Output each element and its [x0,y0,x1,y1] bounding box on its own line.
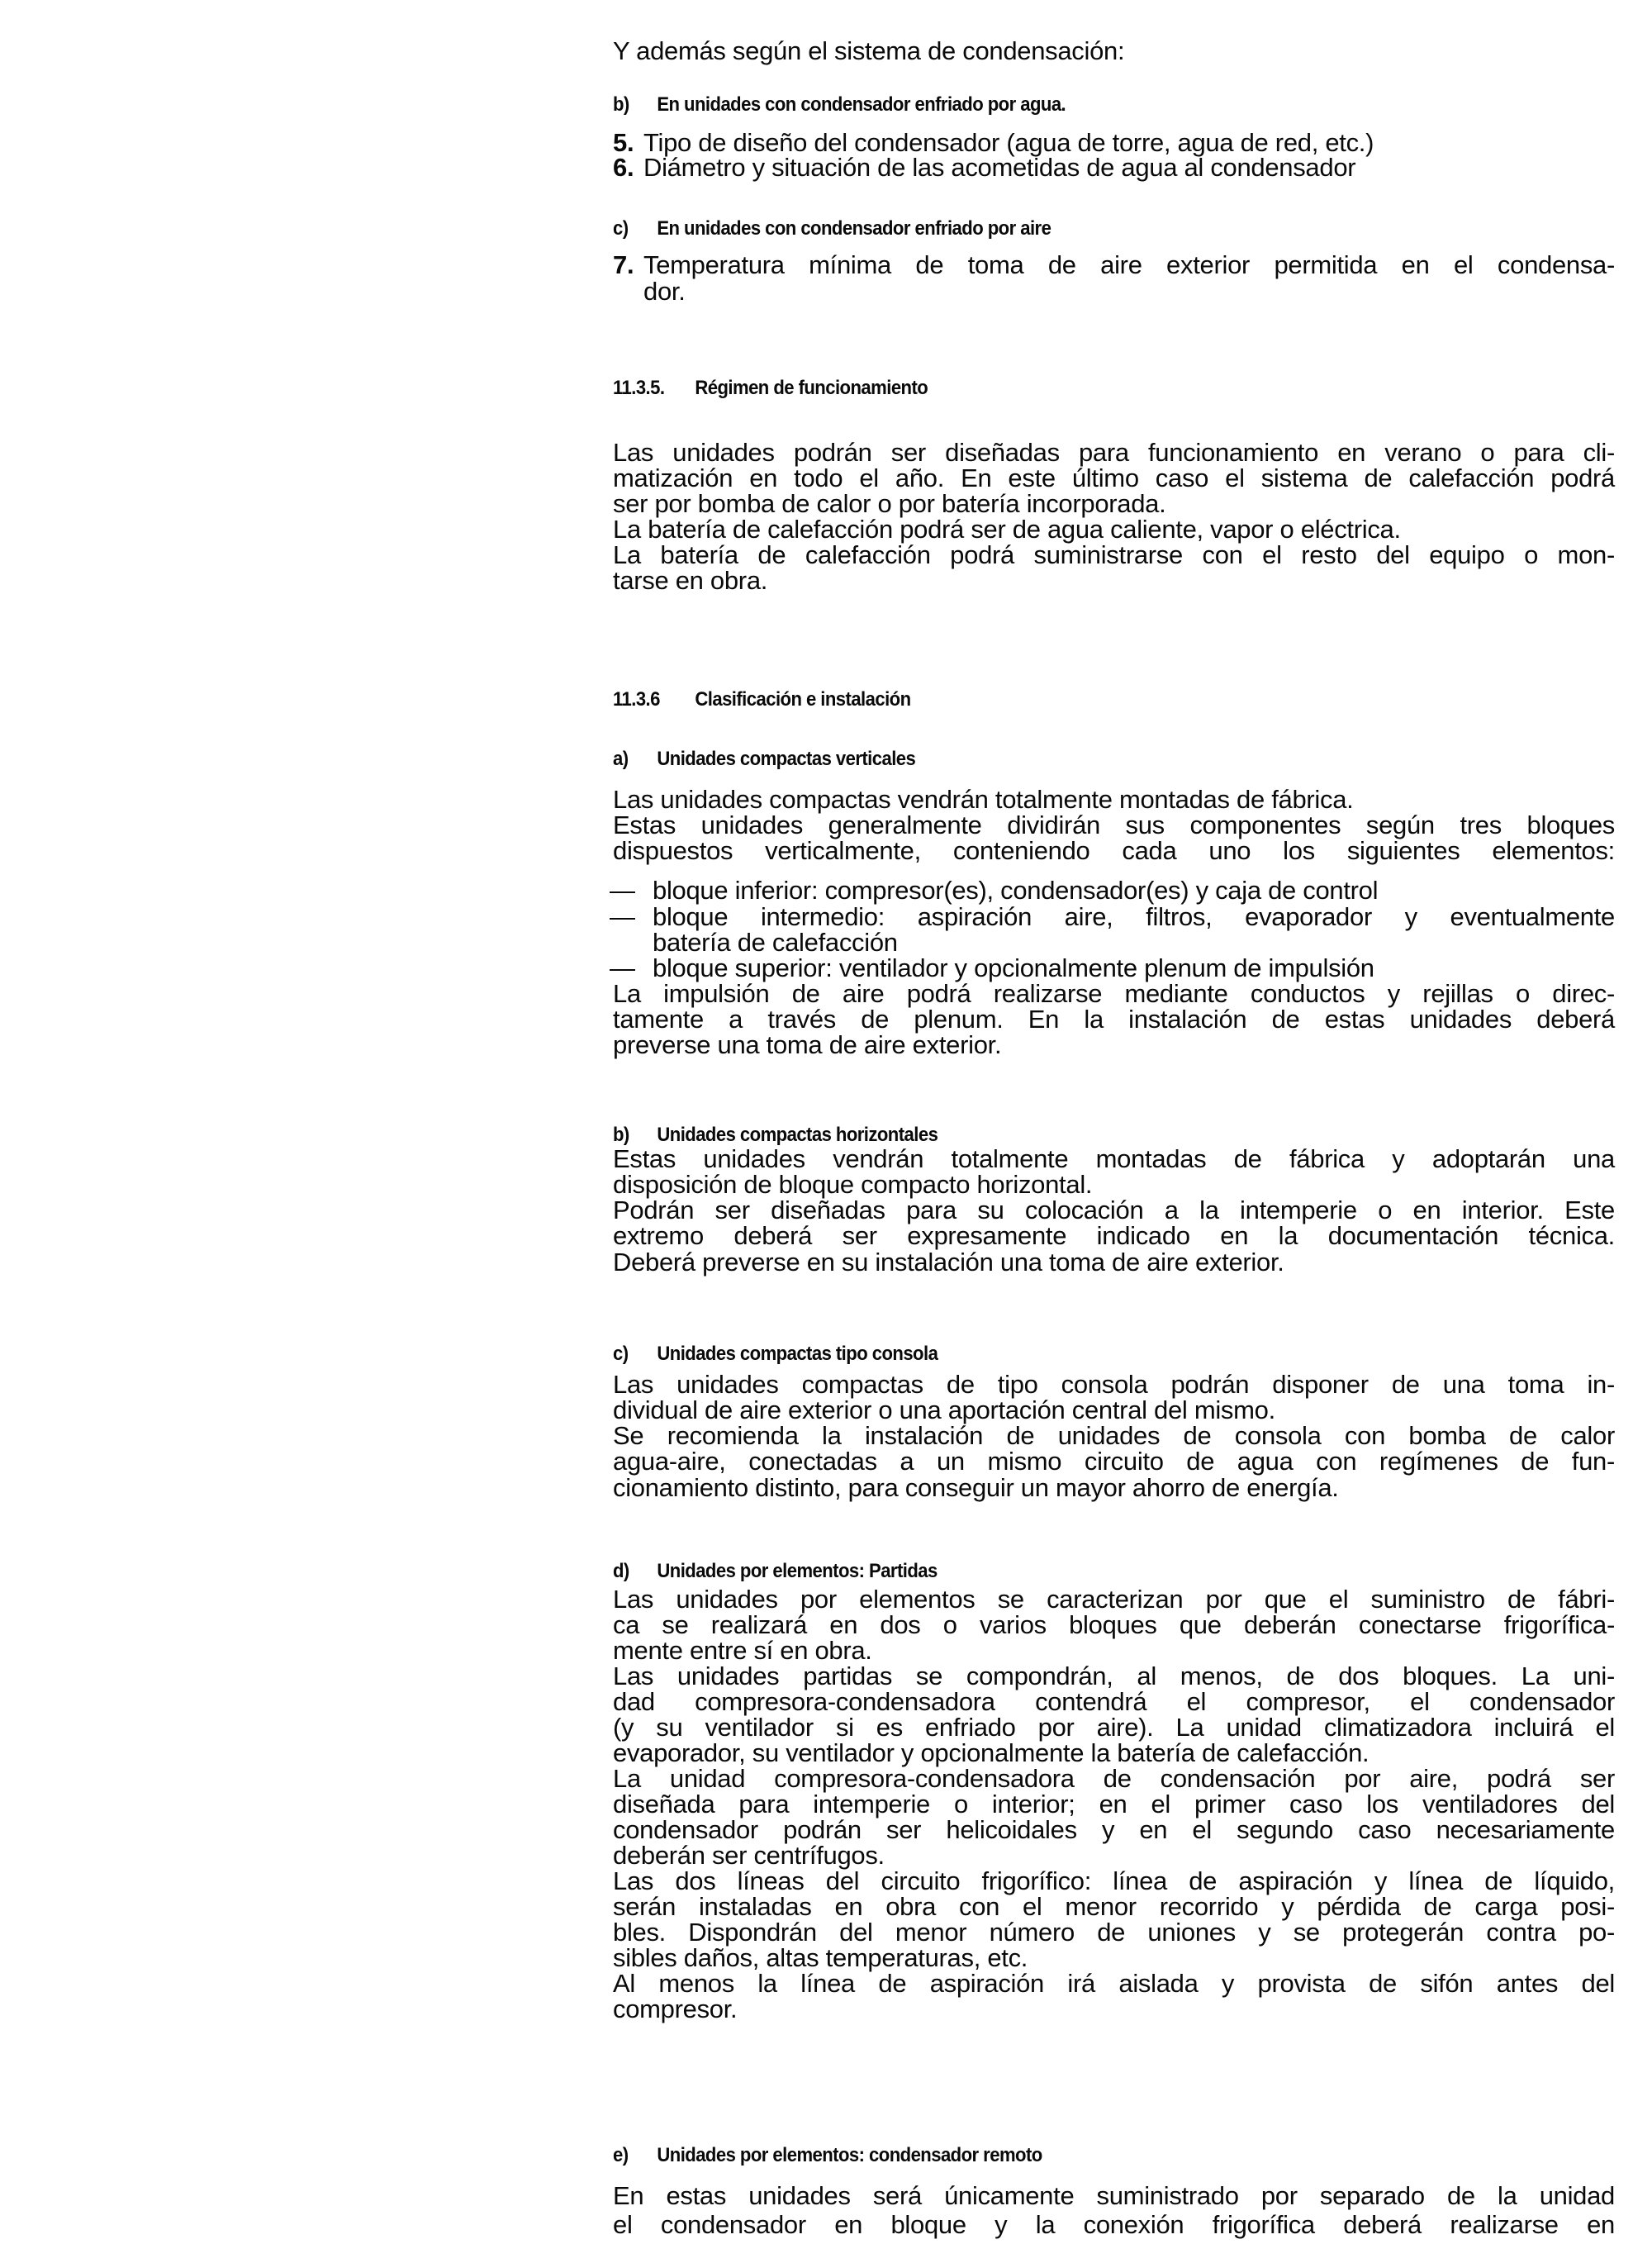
text-line: Las unidades partidas se compondrán, al … [613,1662,1615,1690]
text-line: sibles daños, altas temperaturas, etc. [613,1944,1615,1972]
text-line: serán instaladas en obra con el menor re… [613,1893,1615,1921]
dash-bullet: — [610,877,635,905]
text-line: cionamiento distinto, para conseguir un … [613,1474,1615,1502]
section-title: Clasificación e instalación [695,688,910,711]
text-line: dispuestos verticalmente, conteniendo ca… [613,837,1615,865]
subheading-title: Unidades por elementos: Partidas [657,1560,937,1582]
text-line: bles. Dispondrán del menor número de uni… [613,1918,1615,1947]
subheading-split-units: d)Unidades por elementos: Partidas [613,1559,938,1584]
text-line: Estas unidades vendrán totalmente montad… [613,1145,1615,1173]
text-line: compresor. [613,1995,1615,2023]
text-line: dad compresora-condensadora contendrá el… [613,1688,1615,1716]
dash-item-upper-block: — bloque superior: ventilador y opcional… [613,954,1615,982]
text-line: La impulsión de aire podrá realizarse me… [613,980,1615,1008]
item-number: 7. [613,251,634,279]
text-line: agua-aire, conectadas a un mismo circuit… [613,1448,1615,1476]
subheading-label: b) [613,93,657,117]
subheading-title: Unidades compactas horizontales [657,1124,938,1146]
subheading-remote-condenser: e)Unidades por elementos: condensador re… [613,2143,1042,2168]
numbered-item-7: 7. Temperatura mínima de toma de aire ex… [613,251,1615,279]
dash-item-text: bloque superior: ventilador y opcionalme… [653,954,1615,982]
text-line: Estas unidades generalmente dividirán su… [613,811,1615,839]
dash-item-text: bloque inferior: compresor(es), condensa… [653,877,1615,905]
text-line: En estas unidades será únicamente sumini… [613,2182,1615,2210]
dash-item-text: bloque intermedio: aspiración aire, filt… [653,903,1615,931]
text-line: evaporador, su ventilador y opcionalment… [613,1739,1615,1767]
document-page: Y además según el sistema de condensació… [0,0,1652,2263]
text-line: disposición de bloque compacto horizonta… [613,1171,1615,1199]
item-number: 6. [613,154,634,182]
text-line: Las dos líneas del circuito frigorífico:… [613,1867,1615,1895]
dash-item-middle-block: — bloque intermedio: aspiración aire, fi… [613,903,1615,931]
text-line: Las unidades compactas de tipo consola p… [613,1371,1615,1399]
text-line: tarse en obra. [613,567,1615,595]
section-title: Régimen de funcionamiento [695,377,928,399]
dash-item-lower-block: — bloque inferior: compresor(es), conden… [613,877,1615,905]
section-heading-1136: 11.3.6Clasificación e instalación [613,687,911,712]
text-line: preverse una toma de aire exterior. [613,1031,1615,1059]
text-line: tamente a través de plenum. En la instal… [613,1006,1615,1034]
dash-bullet: — [610,903,635,931]
item-text: dor. [643,278,1615,306]
text-line: La batería de calefacción podrá ser de a… [613,516,1615,544]
subheading-console-units: c)Unidades compactas tipo consola [613,1342,938,1367]
text-line: Las unidades podrán ser diseñadas para f… [613,439,1615,467]
text-line: La batería de calefacción podrá suminist… [613,541,1615,569]
subheading-label: d) [613,1559,657,1584]
subheading-title: Unidades compactas tipo consola [657,1343,938,1365]
text-line: Deberá preverse en su instalación una to… [613,1248,1615,1277]
section-number: 11.3.6 [613,687,695,712]
subheading-vertical-units: a)Unidades compactas verticales [613,747,915,772]
text-line: (y su ventilador si es enfriado por aire… [613,1714,1615,1742]
text-line: matización en todo el año. En este últim… [613,464,1615,492]
subheading-water-cooled: b)En unidades con condensador enfriado p… [613,93,1066,117]
subheading-label: e) [613,2143,657,2168]
text-line: el condensador en bloque y la conexión f… [613,2211,1615,2239]
text-line: deberán ser centrífugos. [613,1842,1615,1870]
item-text: Diámetro y situación de las acometidas d… [643,154,1615,182]
text-line: Se recomienda la instalación de unidades… [613,1422,1615,1450]
subheading-air-cooled: c)En unidades con condensador enfriado p… [613,216,1051,241]
text-line: Las unidades por elementos se caracteriz… [613,1586,1615,1614]
text-column: Y además según el sistema de condensació… [613,0,1615,2263]
text-line: Al menos la línea de aspiración irá aisl… [613,1970,1615,1998]
text-line: La unidad compresora-condensadora de con… [613,1765,1615,1793]
subheading-label: a) [613,747,657,772]
section-number: 11.3.5. [613,376,695,401]
dash-bullet: — [610,954,635,982]
text-line: mente entre sí en obra. [613,1637,1615,1665]
dash-item-text: batería de calefacción [653,929,1615,957]
numbered-item-7-cont: dor. [613,278,1615,306]
intro-text: Y además según el sistema de condensació… [613,37,1615,65]
subheading-title: Unidades por elementos: condensador remo… [657,2144,1042,2166]
subheading-title: Unidades compactas verticales [657,748,915,770]
text-line: dividual de aire exterior o una aportaci… [613,1396,1615,1424]
section-heading-1135: 11.3.5.Régimen de funcionamiento [613,376,928,401]
numbered-item-6: 6. Diámetro y situación de las acometida… [613,154,1615,182]
subheading-title: En unidades con condensador enfriado por… [657,217,1051,240]
text-line: ca se realizará en dos o varios bloques … [613,1611,1615,1639]
text-line: extremo deberá ser expresamente indicado… [613,1222,1615,1250]
dash-item-middle-block-cont: batería de calefacción [613,929,1615,957]
subheading-label: c) [613,1342,657,1367]
text-line: Las unidades compactas vendrán totalment… [613,786,1615,814]
subheading-title: En unidades con condensador enfriado por… [657,93,1066,116]
subheading-label: c) [613,216,657,241]
text-line: Podrán ser diseñadas para su colocación … [613,1196,1615,1224]
text-line: condensador podrán ser helicoidales y en… [613,1816,1615,1844]
item-text: Temperatura mínima de toma de aire exter… [643,251,1615,279]
text-line: diseñada para intemperie o interior; en … [613,1790,1615,1818]
text-line: ser por bomba de calor o por batería inc… [613,490,1615,518]
